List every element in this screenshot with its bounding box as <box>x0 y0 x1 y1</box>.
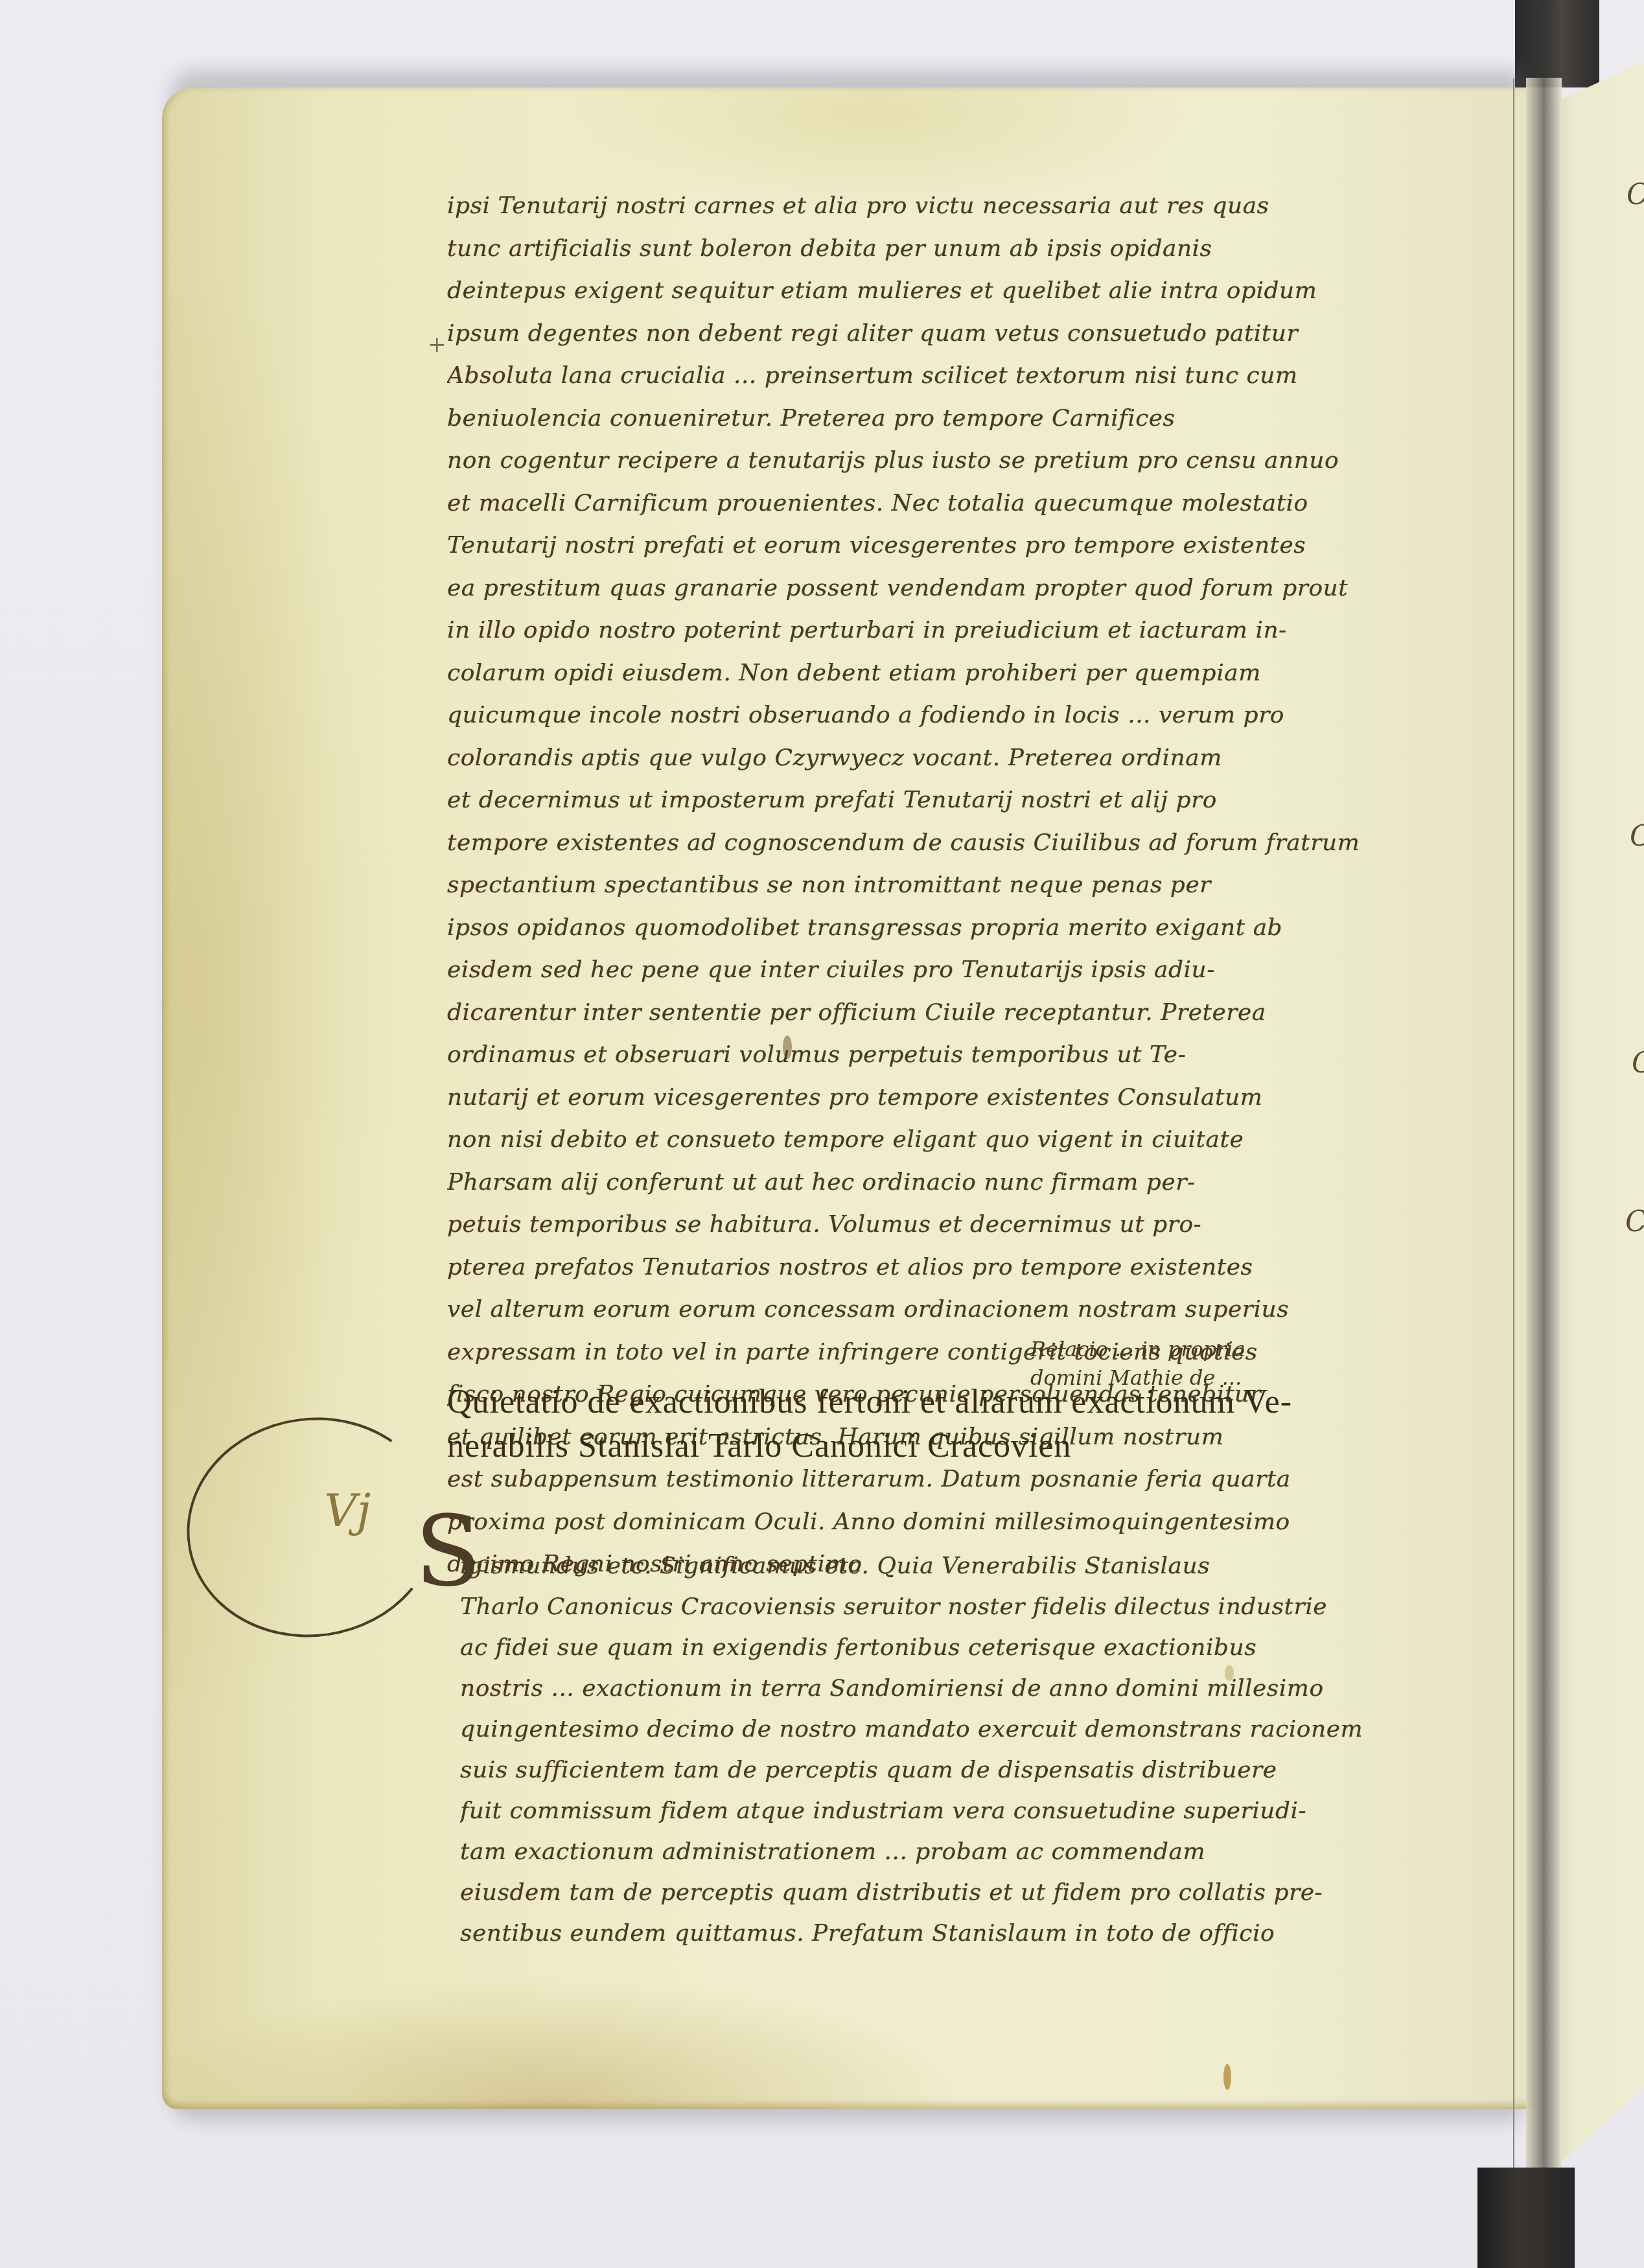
facing-page-mark: C <box>1632 1047 1644 1080</box>
text-line: ea prestitum quas granarie possent vende… <box>447 567 1400 610</box>
text-line: tempore existentes ad cognoscendum de ca… <box>447 822 1400 864</box>
text-line: et macelli Carnificum prouenientes. Nec … <box>447 482 1400 525</box>
text-line: deintepus exigent sequitur etiam muliere… <box>447 270 1400 312</box>
text-line: Tharlo Canonicus Cracoviensis seruitor n… <box>460 1586 1406 1627</box>
text-line: ipsum degentes non debent regi aliter qu… <box>447 312 1400 355</box>
facing-page-edge <box>1552 62 1644 2171</box>
text-line: eiusdem tam de perceptis quam distributi… <box>460 1872 1406 1913</box>
rubric-title-line: nerabilis Stanislai Tarlo Canonici Craco… <box>447 1424 1400 1468</box>
facing-page-mark: C <box>1630 820 1644 853</box>
text-line: nutarij et eorum vicesgerentes pro tempo… <box>447 1076 1400 1119</box>
facing-page-mark: C <box>1625 1205 1644 1238</box>
text-line: ordinamus et obseruari volumus perpetuis… <box>447 1034 1400 1076</box>
second-text-block: igismundus etc. Significamus etc. Quia V… <box>460 1545 1406 1954</box>
text-line: ipsi Tenutarij nostri carnes et alia pro… <box>447 185 1400 227</box>
text-line: suis sufficientem tam de perceptis quam … <box>460 1750 1406 1790</box>
text-line: colarum opidi eiusdem. Non debent etiam … <box>447 652 1400 695</box>
side-note-line: Relacio ... in propria <box>1030 1335 1393 1363</box>
text-line: et decernimus ut imposterum prefati Tenu… <box>447 779 1400 822</box>
rubric-heading: Quietatio de exactionibus fertoni et ali… <box>447 1380 1400 1468</box>
text-line: Tenutarij nostri prefati et eorum vicesg… <box>447 524 1400 567</box>
text-line: igismundus etc. Significamus etc. Quia V… <box>460 1545 1406 1586</box>
text-line: non cogentur recipere a tenutarijs plus … <box>447 439 1400 482</box>
text-line: tunc artificialis sunt boleron debita pe… <box>447 227 1400 270</box>
text-line: non nisi debito et consueto tempore elig… <box>447 1118 1400 1161</box>
text-line: tam exactionum administrationem ... prob… <box>460 1831 1406 1872</box>
margin-cross-mark: + <box>428 332 446 358</box>
text-line: nostris ... exactionum in terra Sandomir… <box>460 1668 1406 1709</box>
guide-letter: Vj <box>324 1484 371 1537</box>
text-line: petuis temporibus se habitura. Volumus e… <box>447 1203 1400 1246</box>
text-line: Absoluta lana crucialia ... preinsertum … <box>447 354 1400 397</box>
text-line: fuit commissum fidem atque industriam ve… <box>460 1790 1406 1831</box>
text-line: quingentesimo decimo de nostro mandato e… <box>460 1709 1406 1750</box>
text-line: ipsos opidanos quomodolibet transgressas… <box>447 907 1400 949</box>
text-line: colorandis aptis que vulgo Czyrwyecz voc… <box>447 737 1400 780</box>
text-line: quicumque incole nostri obseruando a fod… <box>447 694 1400 737</box>
text-line: spectantium spectantibus se non intromit… <box>447 864 1400 907</box>
text-line: vel alterum eorum eorum concessam ordina… <box>447 1288 1400 1331</box>
text-line: in illo opido nostro poterint perturbari… <box>447 609 1400 652</box>
text-line: beniuolencia conueniretur. Preterea pro … <box>447 397 1400 440</box>
text-line: dicarentur inter sententie per officium … <box>447 991 1400 1034</box>
text-line: proxima post dominicam Oculi. Anno domin… <box>447 1501 1400 1544</box>
text-line: eisdem sed hec pene que inter ciuiles pr… <box>447 949 1400 991</box>
book-binding-bottom <box>1477 2168 1575 2268</box>
text-line: Pharsam alij conferunt ut aut hec ordina… <box>447 1161 1400 1204</box>
gutter-edge-line <box>1513 78 1514 2184</box>
text-line: pterea prefatos Tenutarios nostros et al… <box>447 1246 1400 1289</box>
facing-page-mark: C <box>1627 178 1644 211</box>
book-binding-top <box>1515 0 1599 87</box>
page-gutter <box>1526 78 1562 2184</box>
paper-stain <box>1223 2064 1231 2090</box>
rubric-title-line: Quietatio de exactionibus fertoni et ali… <box>447 1380 1400 1424</box>
text-line: sentibus eundem quittamus. Prefatum Stan… <box>460 1913 1406 1954</box>
text-line: ac fidei sue quam in exigendis fertonibu… <box>460 1627 1406 1668</box>
